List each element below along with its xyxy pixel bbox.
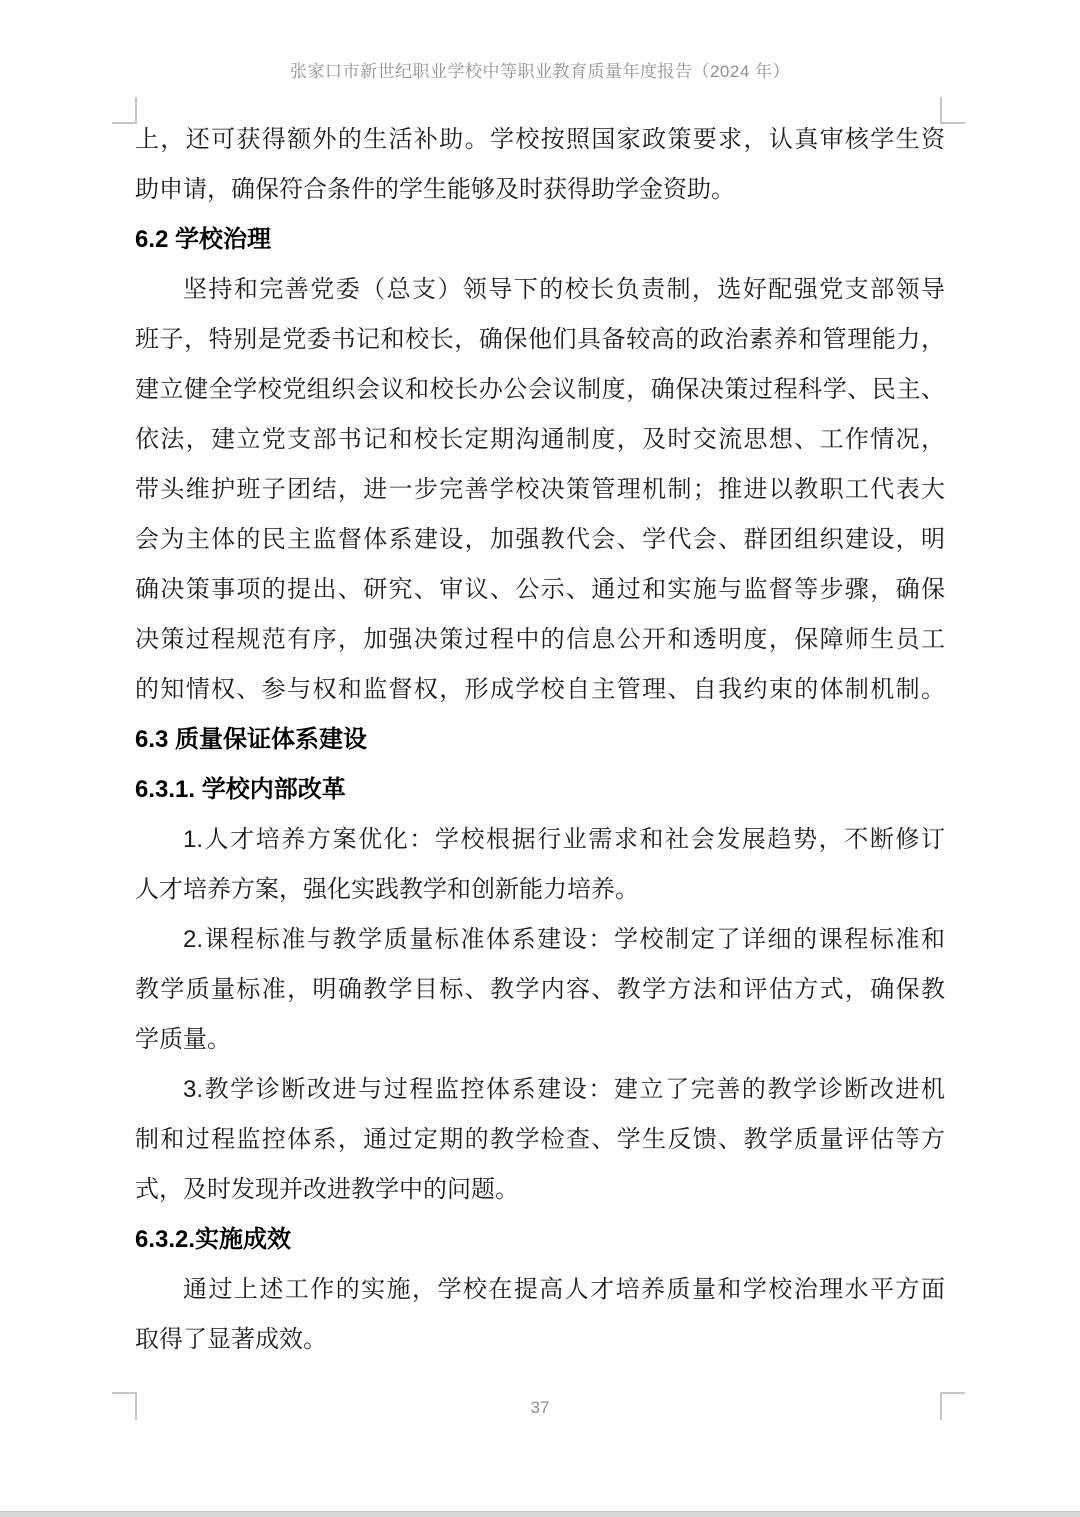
paragraph-line: 会为主体的民主监督体系建设，加强教代会、学代会、群团组织建设，明 <box>135 515 945 565</box>
page-bottom-edge <box>0 1511 1080 1517</box>
paragraph-line: 助申请，确保符合条件的学生能够及时获得助学金资助。 <box>135 165 945 215</box>
paragraph-line: 教学质量标准，明确教学目标、教学内容、教学方法和评估方式，确保教 <box>135 965 945 1015</box>
paragraph-line: 决策过程规范有序，加强决策过程中的信息公开和透明度，保障师生员工 <box>135 615 945 665</box>
paragraph-line: 3.教学诊断改进与过程监控体系建设：建立了完善的教学诊断改进机 <box>135 1065 945 1115</box>
section-heading: 6.3.1. 学校内部改革 <box>135 765 945 815</box>
paragraph-line: 上，还可获得额外的生活补助。学校按照国家政策要求，认真审核学生资 <box>135 115 945 165</box>
paragraph-line: 带头维护班子团结，进一步完善学校决策管理机制；推进以教职工代表大 <box>135 465 945 515</box>
paragraph-line: 制和过程监控体系，通过定期的教学检查、学生反馈、教学质量评估等方 <box>135 1115 945 1165</box>
paragraph-line: 依法，建立党支部书记和校长定期沟通制度，及时交流思想、工作情况， <box>135 415 945 465</box>
document-page: 张家口市新世纪职业学校中等职业教育质量年度报告（2024 年） 上，还可获得额外… <box>0 0 1080 1517</box>
paragraph-line: 的知情权、参与权和监督权，形成学校自主管理、自我约束的体制机制。 <box>135 665 945 715</box>
paragraph-line: 通过上述工作的实施，学校在提高人才培养质量和学校治理水平方面 <box>135 1265 945 1315</box>
paragraph-line: 取得了显著成效。 <box>135 1315 945 1365</box>
paragraph-line: 建立健全学校党组织会议和校长办公会议制度，确保决策过程科学、民主、 <box>135 365 945 415</box>
paragraph-line: 2.课程标准与教学质量标准体系建设：学校制定了详细的课程标准和 <box>135 915 945 965</box>
section-heading: 6.3.2.实施成效 <box>135 1215 945 1265</box>
paragraph-line: 人才培养方案，强化实践教学和创新能力培养。 <box>135 865 945 915</box>
section-heading: 6.3 质量保证体系建设 <box>135 715 945 765</box>
page-number: 37 <box>0 1396 1080 1420</box>
section-heading: 6.2 学校治理 <box>135 215 945 265</box>
paragraph-line: 确决策事项的提出、研究、审议、公示、通过和实施与监督等步骤，确保 <box>135 565 945 615</box>
paragraph-line: 班子，特别是党委书记和校长，确保他们具备较高的政治素养和管理能力， <box>135 315 945 365</box>
document-body: 上，还可获得额外的生活补助。学校按照国家政策要求，认真审核学生资助申请，确保符合… <box>135 115 945 1365</box>
page-header-title: 张家口市新世纪职业学校中等职业教育质量年度报告（2024 年） <box>0 60 1080 84</box>
crop-mark-top-left-icon <box>112 97 137 124</box>
paragraph-line: 1.人才培养方案优化：学校根据行业需求和社会发展趋势，不断修订 <box>135 815 945 865</box>
paragraph-line: 坚持和完善党委（总支）领导下的校长负责制，选好配强党支部领导 <box>135 265 945 315</box>
paragraph-line: 式，及时发现并改进教学中的问题。 <box>135 1165 945 1215</box>
paragraph-line: 学质量。 <box>135 1015 945 1065</box>
